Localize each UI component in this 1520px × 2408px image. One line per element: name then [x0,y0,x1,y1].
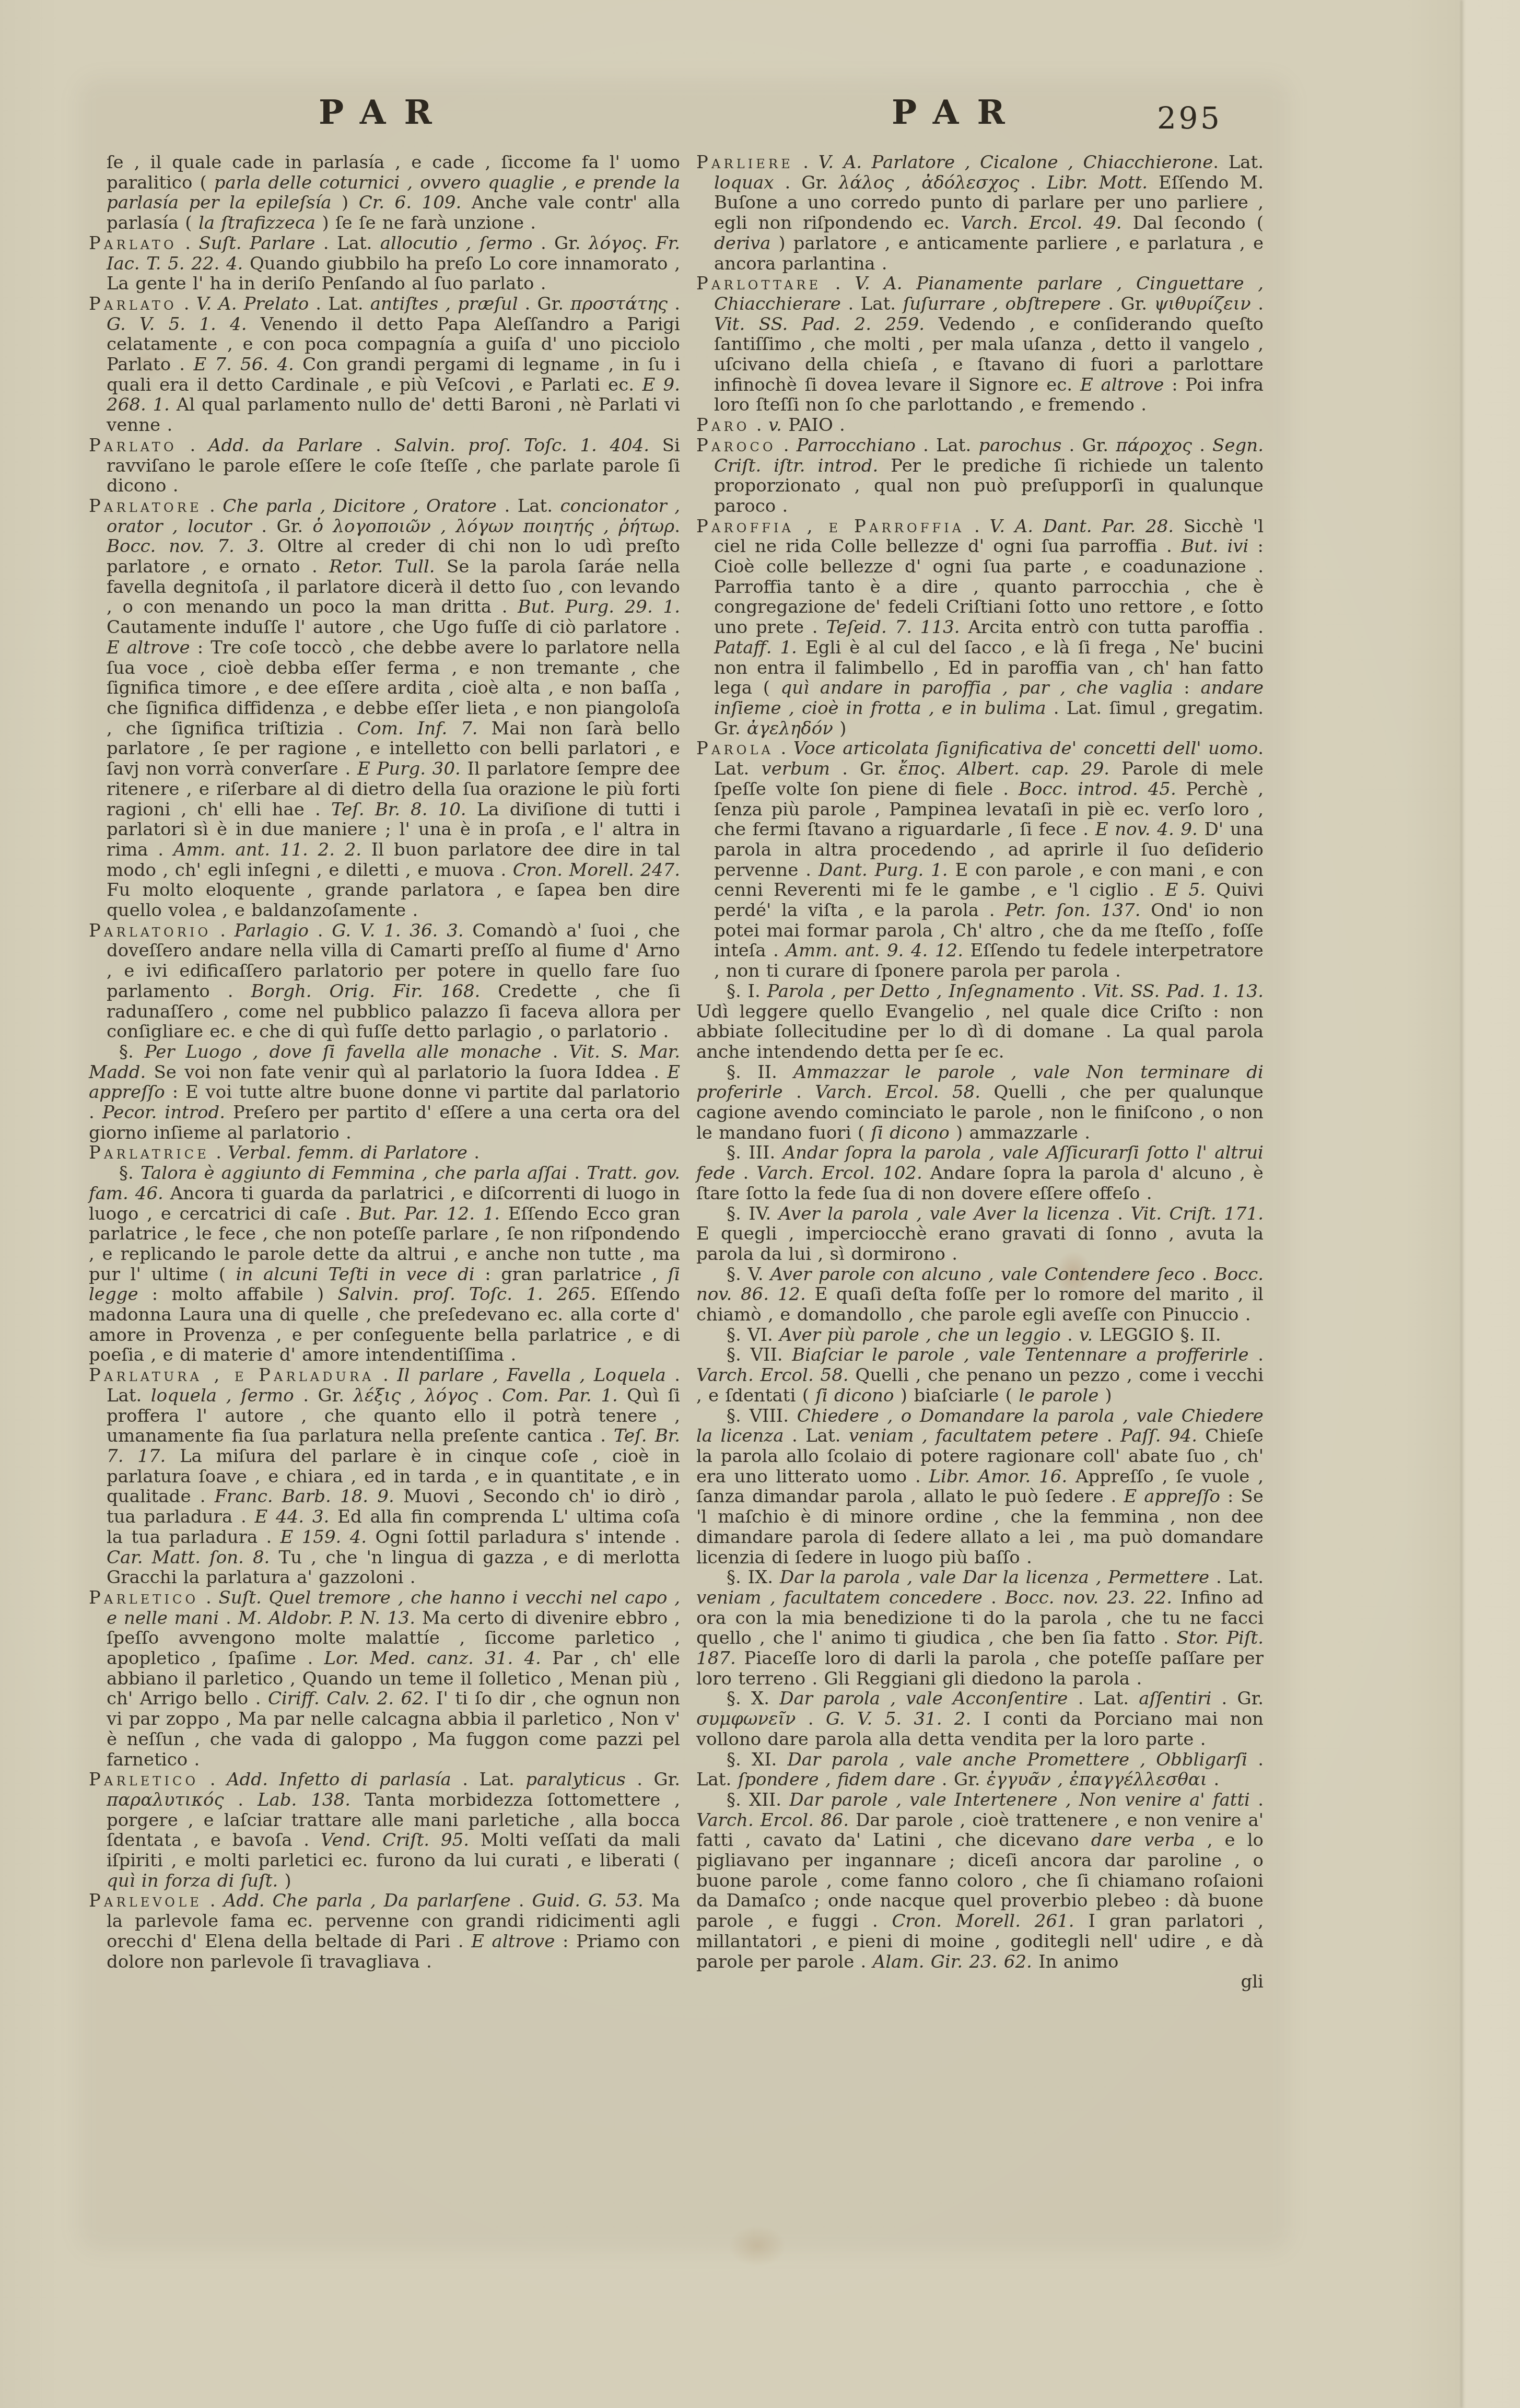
sub-sense-paragraph: §. I. Parola , per Detto , Inſegnamento … [696,981,1264,1062]
headword: Parlevole [89,1890,202,1911]
headword: Parletico [89,1769,198,1790]
sub-sense-paragraph: §. Per Luogo , dove ſi favella alle mona… [89,1042,680,1143]
dictionary-entry: Paroco . Parrocchiano . Lat. parochus . … [696,436,1264,517]
dictionary-entry: Parlottare . V. A. Pianamente parlare , … [696,274,1264,415]
headword: Parletico [89,1587,198,1608]
headword: Parlato [89,435,177,456]
dictionary-entry: Parlato . Suſt. Parlare . Lat. allocutio… [89,233,680,294]
sub-sense-paragraph: §. VII. Biaſciar le parole , vale Tenten… [696,1345,1264,1406]
headword: Paro [696,415,750,436]
running-title-left: PAR [89,93,680,132]
sub-sense-paragraph: §. VI. Aver più parole , che un leggio .… [696,1325,1264,1346]
column-left: ſe , il quale cade in parlasía , e cade … [89,153,680,1972]
headword: Parola [696,738,774,759]
dictionary-entry: Parliere . V. A. Parlatore , Cicalone , … [696,153,1264,274]
sub-sense-paragraph: §. III. Andar ſopra la parola , vale Aſſ… [696,1143,1264,1203]
column-right: Parliere . V. A. Parlatore , Cicalone , … [696,153,1264,1992]
headword: Parlatorio [89,920,211,941]
page-number: 295 [1157,100,1222,136]
headword: Parlato [89,233,177,254]
dictionary-entry: Parletico . Suſt. Quel tremore , che han… [89,1588,680,1770]
running-title-right: PAR [696,93,1219,132]
dictionary-entry: Parlatore . Che parla , Dicitore , Orato… [89,496,680,921]
dictionary-entry: Parlatorio . Parlagio . G. V. 1. 36. 3. … [89,921,680,1042]
catchword: gli [696,1972,1264,1992]
headword: Paroffia , e Parroffia [696,516,964,537]
dictionary-entry: Paro . v. PAIO . [696,415,1264,436]
headword: Paroco [696,435,776,456]
sub-sense-paragraph: §. XI. Dar parola , vale anche Prometter… [696,1750,1264,1790]
dictionary-entry: Parlato . Add. da Parlare . Salvin. proſ… [89,436,680,496]
headword: Parlottare [696,273,821,294]
continuation-paragraph: ſe , il quale cade in parlasía , e cade … [107,153,680,233]
dictionary-entry: Parlatura , e Parladura . Il parlare , F… [89,1365,680,1588]
sub-sense-paragraph: §. II. Ammazzar le parole , vale Non ter… [696,1062,1264,1143]
sub-sense-paragraph: §. XII. Dar parole , vale Intertenere , … [696,1790,1264,1972]
headword: Parlatura , e Parladura [89,1365,375,1386]
sub-sense-paragraph: §. V. Aver parole con alcuno , vale Cont… [696,1265,1264,1325]
sub-sense-paragraph: §. X. Dar parola , vale Acconſentire . L… [696,1689,1264,1749]
sub-sense-paragraph: §. IX. Dar la parola , vale Dar la licen… [696,1568,1264,1689]
dictionary-entry: Parlevole . Add. Che parla , Da parlarſe… [89,1891,680,1972]
headword: Parliere [696,152,793,173]
sub-sense-paragraph: §. Talora è aggiunto di Femmina , che pa… [89,1163,680,1365]
page-edge-crease [1460,0,1463,2408]
dictionary-page: PAR PAR 295 ſe , il quale cade in parlas… [0,0,1520,2408]
sub-sense-paragraph: §. VIII. Chiedere , o Domandare la parol… [696,1406,1264,1568]
dictionary-entry: Parola . Voce articolata ſignificativa d… [696,739,1264,981]
dictionary-entry: Parlatrice . Verbal. femm. di Parlatore … [89,1143,680,1163]
dictionary-entry: Parlato . V. A. Prelato . Lat. antiſtes … [89,294,680,436]
headword: Parlatore [89,496,202,517]
sub-sense-paragraph: §. IV. Aver la parola , vale Aver la lic… [696,1204,1264,1265]
headword: Parlato [89,294,177,314]
headword: Parlatrice [89,1142,209,1163]
dictionary-entry: Parletico . Add. Infetto di parlasía . L… [89,1770,680,1891]
dictionary-entry: Paroffia , e Parroffia . V. A. Dant. Par… [696,517,1264,739]
